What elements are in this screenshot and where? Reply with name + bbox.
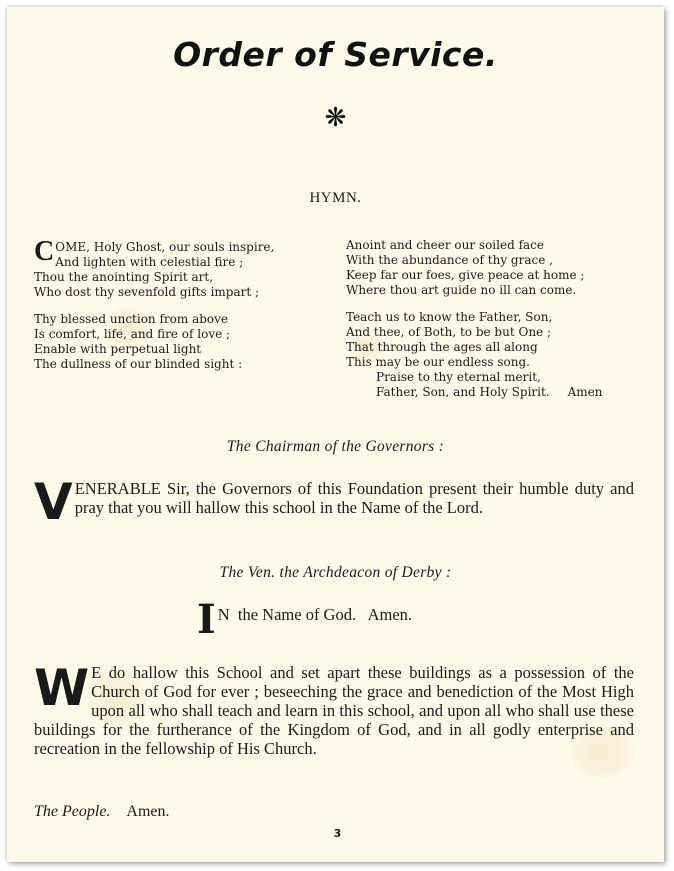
hymn-line-text: OME, Holy Ghost, our souls inspire,: [55, 240, 274, 254]
chairman-address: VENERABLE Sir, the Governors of this Fou…: [34, 479, 634, 521]
hymn-line: Father, Son, and Holy Spirit.Amen: [346, 385, 603, 400]
hymn-line: With the abundance of thy grace ,: [346, 253, 603, 268]
people-role: The People.: [34, 803, 110, 820]
drop-cap: V: [34, 483, 73, 521]
hymn-stanza-3: Anoint and cheer our soiled face With th…: [346, 238, 603, 298]
hymn-line: Thy blessed unction from above: [34, 312, 274, 327]
hymn-line-text: Father, Son, and Holy Spirit.: [376, 385, 550, 399]
speaker-chairman: The Chairman of the Governors :: [7, 438, 664, 456]
response-text: N the Name of God. Amen.: [218, 605, 412, 625]
drop-cap: I: [197, 605, 216, 635]
hymn-line: The dullness of our blinded sight :: [34, 357, 274, 372]
hymn-amen: Amen: [550, 385, 603, 399]
page-number: 3: [7, 827, 666, 840]
hymn-line: And lighten with celestial fire ;: [34, 255, 274, 270]
hymn-left-column: COME, Holy Ghost, our souls inspire, And…: [34, 240, 274, 384]
declaration-text: E do hallow this School and set apart th…: [34, 663, 634, 758]
hymn-line: Praise to thy eternal merit,: [346, 370, 603, 385]
drop-cap: C: [34, 242, 54, 262]
speaker-archdeacon: The Ven. the Archdeacon of Derby :: [7, 564, 664, 582]
hymn-line: Enable with perpetual light: [34, 342, 274, 357]
hymn-stanza-1: COME, Holy Ghost, our souls inspire, And…: [34, 240, 274, 300]
hymn-line: Teach us to know the Father, Son,: [346, 310, 603, 325]
hymn-line: Thou the anointing Spirit art,: [34, 270, 274, 285]
hymn-heading: HYMN.: [7, 190, 664, 207]
hymn-line: Anoint and cheer our soiled face: [346, 238, 603, 253]
hymn-stanza-2: Thy blessed unction from above Is comfor…: [34, 312, 274, 372]
drop-cap: W: [34, 669, 89, 707]
asterism-ornament-icon: ❋: [7, 105, 664, 131]
hymn-line: COME, Holy Ghost, our souls inspire,: [34, 240, 274, 255]
hymn-line: Is comfort, life, and fire of love ;: [34, 327, 274, 342]
document-page: Order of Service. ❋ HYMN. COME, Holy Gho…: [7, 7, 664, 862]
archdeacon-response: IN the Name of God. Amen.: [197, 603, 412, 635]
hymn-stanza-4: Teach us to know the Father, Son, And th…: [346, 310, 603, 400]
people-response: The People.Amen.: [34, 803, 170, 821]
hymn-right-column: Anoint and cheer our soiled face With th…: [346, 238, 603, 412]
hymn-line: That through the ages all along: [346, 340, 603, 355]
hymn-line: Keep far our foes, give peace at home ;: [346, 268, 603, 283]
hymn-line: This may be our endless song.: [346, 355, 603, 370]
people-amen: Amen.: [126, 803, 169, 820]
hymn-line: Where thou art guide no ill can come.: [346, 283, 603, 298]
page-title: Order of Service.: [7, 35, 664, 74]
hallowing-declaration: WE do hallow this School and set apart t…: [34, 663, 634, 758]
hymn-line: And thee, of Both, to be but One ;: [346, 325, 603, 340]
smallcaps-word: ENERABLE: [75, 479, 161, 498]
hymn-line: Who dost thy sevenfold gifts impart ;: [34, 285, 274, 300]
